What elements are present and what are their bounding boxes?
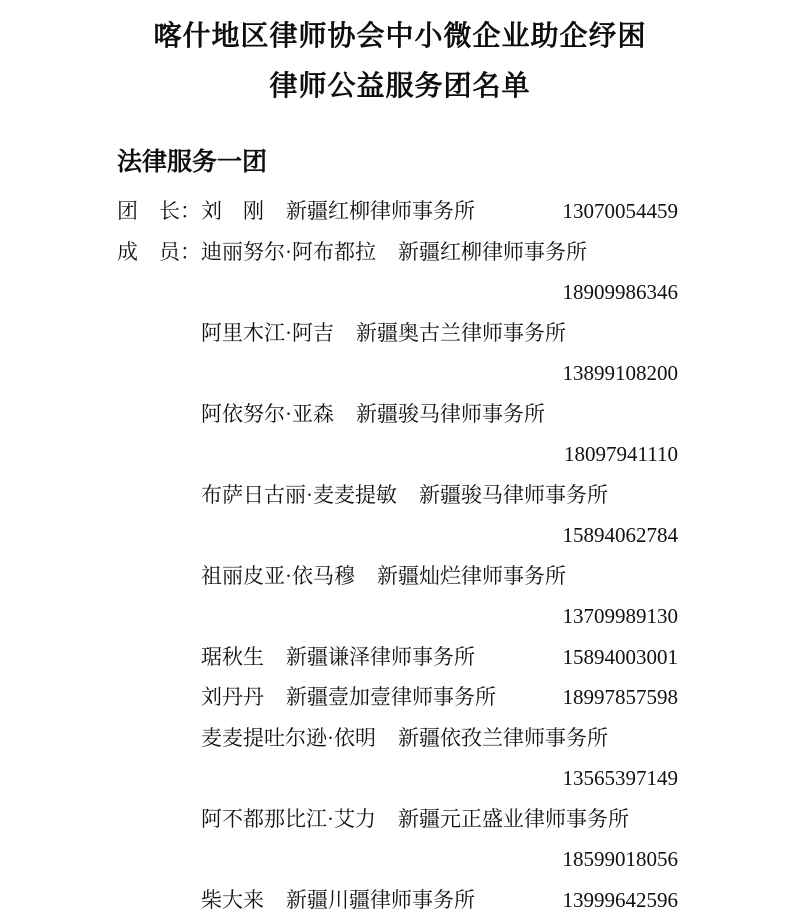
roster-row-member: 阿依努尔·亚森 新疆骏马律师事务所 (117, 394, 678, 435)
phone-number: 18599018056 (563, 847, 679, 871)
roster-row-member: 麦麦提吐尔逊·依明 新疆依孜兰律师事务所 (117, 718, 678, 759)
law-firm: 新疆骏马律师事务所 (356, 394, 545, 435)
roster-row-member: 布萨日古丽·麦麦提敏 新疆骏马律师事务所 (117, 475, 678, 516)
roster-row-member: 刘丹丹 新疆壹加壹律师事务所 18997857598 (117, 677, 678, 718)
phone-number: 15894062784 (563, 523, 679, 547)
phone-number: 13999642596 (563, 880, 679, 919)
member-role-label: 成 员： (117, 232, 201, 273)
phone-number: 13709989130 (563, 604, 679, 628)
law-firm: 新疆骏马律师事务所 (419, 475, 608, 516)
lawyer-name: 阿不都那比江·艾力 (201, 799, 376, 840)
lawyer-name: 阿里木江·阿吉 (201, 313, 334, 354)
roster-row-member: 琚秋生 新疆谦泽律师事务所 15894003001 (117, 637, 678, 678)
document-title-line-2: 律师公益服务团名单 (0, 62, 800, 112)
law-firm: 新疆元正盛业律师事务所 (398, 799, 629, 840)
roster-row-member: 祖丽皮亚·依马穆 新疆灿烂律师事务所 (117, 556, 678, 597)
document-page: 喀什地区律师协会中小微企业助企纾困 律师公益服务团名单 法律服务一团 团 长： … (0, 0, 800, 919)
phone-line: 13899108200 (117, 353, 678, 394)
phone-line: 18909986346 (117, 272, 678, 313)
lawyer-name: 祖丽皮亚·依马穆 (201, 556, 355, 597)
phone-number: 13565397149 (563, 766, 679, 790)
document-title-line-1: 喀什地区律师协会中小微企业助企纾困 (0, 12, 800, 62)
lawyer-name: 麦麦提吐尔逊·依明 (201, 718, 376, 759)
lawyer-name: 琚秋生 (201, 637, 264, 678)
lawyer-name: 刘 刚 (201, 191, 264, 232)
law-firm: 新疆依孜兰律师事务所 (398, 718, 608, 759)
law-firm: 新疆红柳律师事务所 (286, 191, 475, 232)
roster-row-leader: 团 长： 刘 刚 新疆红柳律师事务所 13070054459 (117, 191, 678, 232)
roster-row-member: 阿不都那比江·艾力 新疆元正盛业律师事务所 (117, 799, 678, 840)
phone-number: 13070054459 (563, 191, 679, 232)
roster-row-member: 成 员： 迪丽努尔·阿布都拉 新疆红柳律师事务所 (117, 232, 678, 273)
phone-line: 13709989130 (117, 596, 678, 637)
roster-list: 团 长： 刘 刚 新疆红柳律师事务所 13070054459 成 员： 迪丽努尔… (117, 191, 678, 919)
lawyer-name: 阿依努尔·亚森 (201, 394, 334, 435)
law-firm: 新疆川疆律师事务所 (286, 880, 475, 919)
document-title: 喀什地区律师协会中小微企业助企纾困 律师公益服务团名单 (0, 0, 800, 112)
leader-role-label: 团 长： (117, 191, 201, 232)
lawyer-name: 刘丹丹 (201, 677, 264, 718)
phone-line: 13565397149 (117, 758, 678, 799)
phone-line: 15894062784 (117, 515, 678, 556)
lawyer-name: 柴大来 (201, 880, 264, 919)
law-firm: 新疆奥古兰律师事务所 (356, 313, 566, 354)
lawyer-name: 布萨日古丽·麦麦提敏 (201, 475, 397, 516)
section-heading: 法律服务一团 (117, 142, 678, 183)
roster-row-member: 柴大来 新疆川疆律师事务所 13999642596 (117, 880, 678, 919)
lawyer-name: 迪丽努尔·阿布都拉 (201, 232, 376, 273)
phone-number: 18997857598 (563, 677, 679, 718)
phone-number: 18909986346 (563, 280, 679, 304)
law-firm: 新疆灿烂律师事务所 (377, 556, 566, 597)
roster-row-member: 阿里木江·阿吉 新疆奥古兰律师事务所 (117, 313, 678, 354)
phone-number: 13899108200 (563, 361, 679, 385)
law-firm: 新疆谦泽律师事务所 (286, 637, 475, 678)
phone-line: 18097941110 (117, 434, 678, 475)
phone-line: 18599018056 (117, 839, 678, 880)
law-firm: 新疆红柳律师事务所 (398, 232, 587, 273)
phone-number: 15894003001 (563, 637, 679, 678)
law-firm: 新疆壹加壹律师事务所 (286, 677, 496, 718)
phone-number: 18097941110 (564, 442, 678, 466)
